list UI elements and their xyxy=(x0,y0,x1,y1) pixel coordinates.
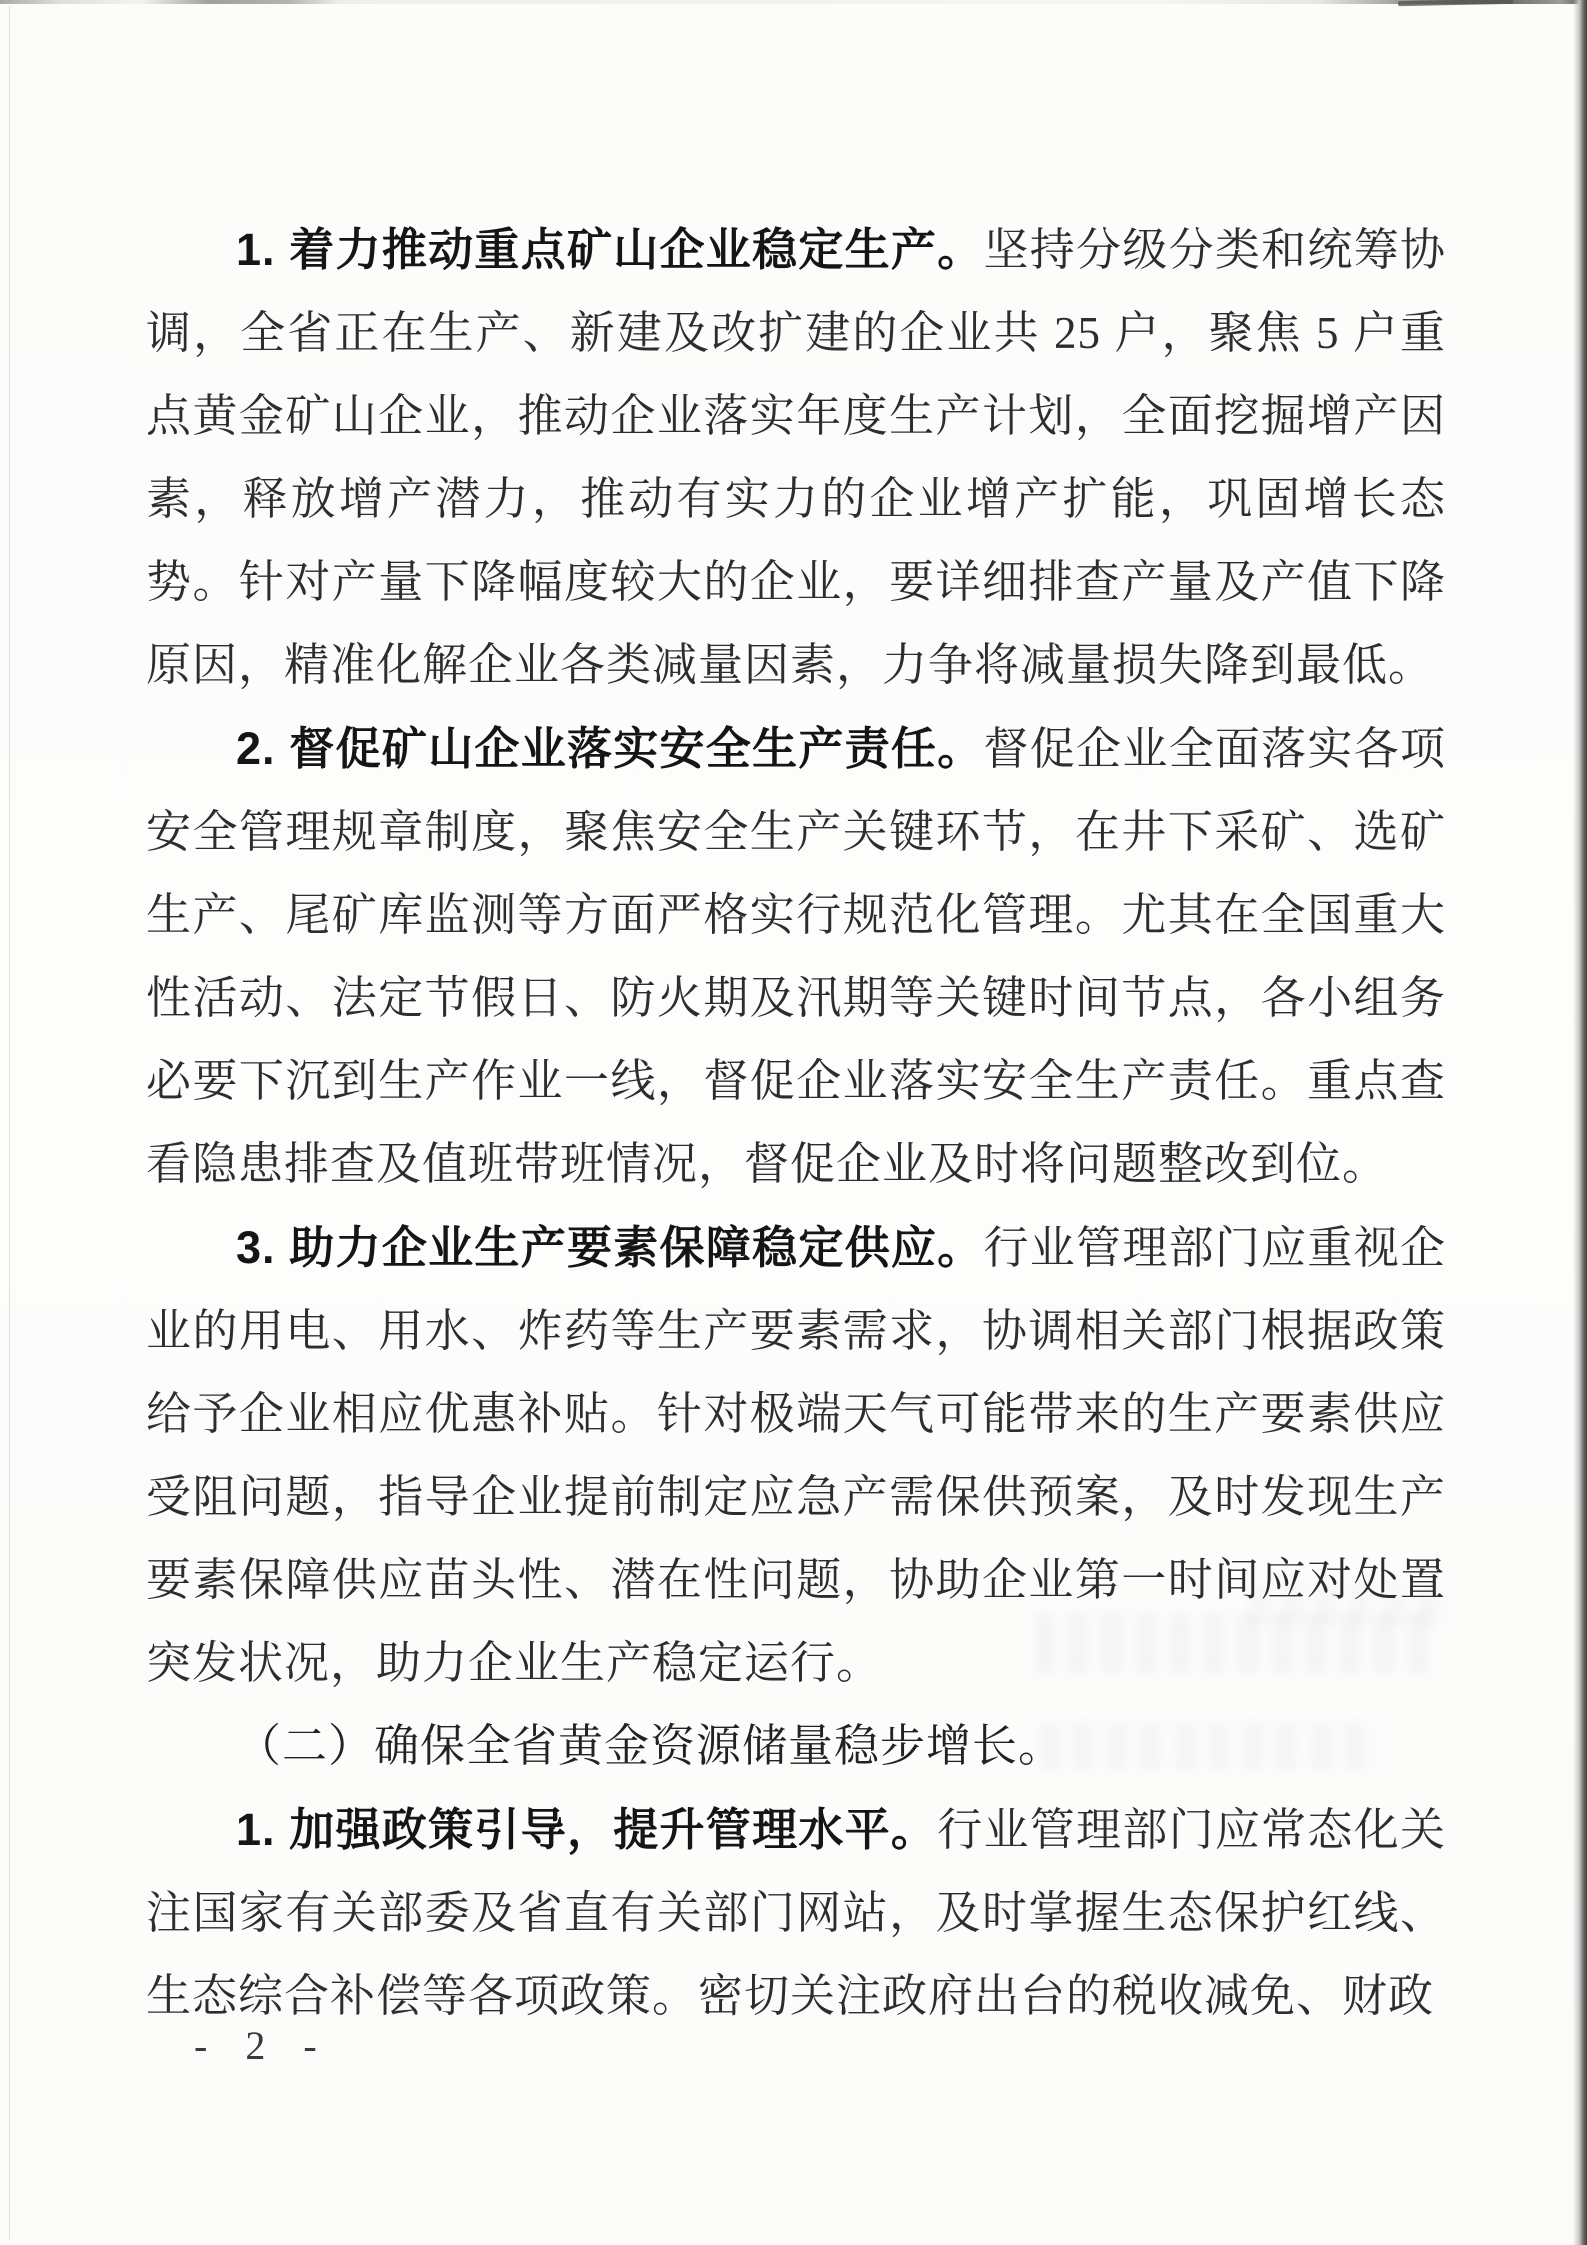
paragraph-stable-production: 1. 着力推动重点矿山企业稳定生产。坚持分级分类和统筹协调，全省正在生产、新建及… xyxy=(146,208,1446,707)
scan-smudge-artifact xyxy=(1398,0,1513,6)
scanned-document-page: 1. 着力推动重点矿山企业稳定生产。坚持分级分类和统筹协调，全省正在生产、新建及… xyxy=(0,0,1587,2245)
section-heading-gold-reserves: （二）确保全省黄金资源储量稳步增长。 xyxy=(146,1705,1446,1788)
scan-edge-left-artifact xyxy=(9,6,10,2239)
document-body: 1. 着力推动重点矿山企业稳定生产。坚持分级分类和统筹协调，全省正在生产、新建及… xyxy=(146,208,1446,2038)
paragraph-safety-responsibility-body: 督促企业全面落实各项安全管理规章制度，聚焦安全生产关键环节，在井下采矿、选矿生产… xyxy=(146,724,1446,1189)
paragraph-safety-responsibility-lead: 2. 督促矿山企业落实安全生产责任。 xyxy=(236,723,983,774)
paragraph-safety-responsibility: 2. 督促矿山企业落实安全生产责任。督促企业全面落实各项安全管理规章制度，聚焦安… xyxy=(146,707,1446,1206)
paragraph-production-factors-lead: 3. 助力企业生产要素保障稳定供应。 xyxy=(236,1222,983,1273)
page-number: - 2 - xyxy=(194,2022,331,2069)
paragraph-policy-guidance-lead: 1. 加强政策引导，提升管理水平。 xyxy=(236,1804,937,1855)
paragraph-policy-guidance: 1. 加强政策引导，提升管理水平。行业管理部门应常态化关注国家有关部委及省直有关… xyxy=(146,1788,1446,2038)
paragraph-production-factors-body: 行业管理部门应重视企业的用电、用水、炸药等生产要素需求，协调相关部门根据政策给予… xyxy=(146,1223,1446,1688)
paragraph-stable-production-body: 坚持分级分类和统筹协调，全省正在生产、新建及改扩建的企业共 25 户，聚焦 5 … xyxy=(146,225,1446,690)
paragraph-stable-production-lead: 1. 着力推动重点矿山企业稳定生产。 xyxy=(236,224,983,275)
scan-edge-right-artifact xyxy=(1573,0,1587,2245)
scan-edge-top-artifact xyxy=(0,0,1587,4)
paragraph-production-factors: 3. 助力企业生产要素保障稳定供应。行业管理部门应重视企业的用电、用水、炸药等生… xyxy=(146,1206,1446,1705)
